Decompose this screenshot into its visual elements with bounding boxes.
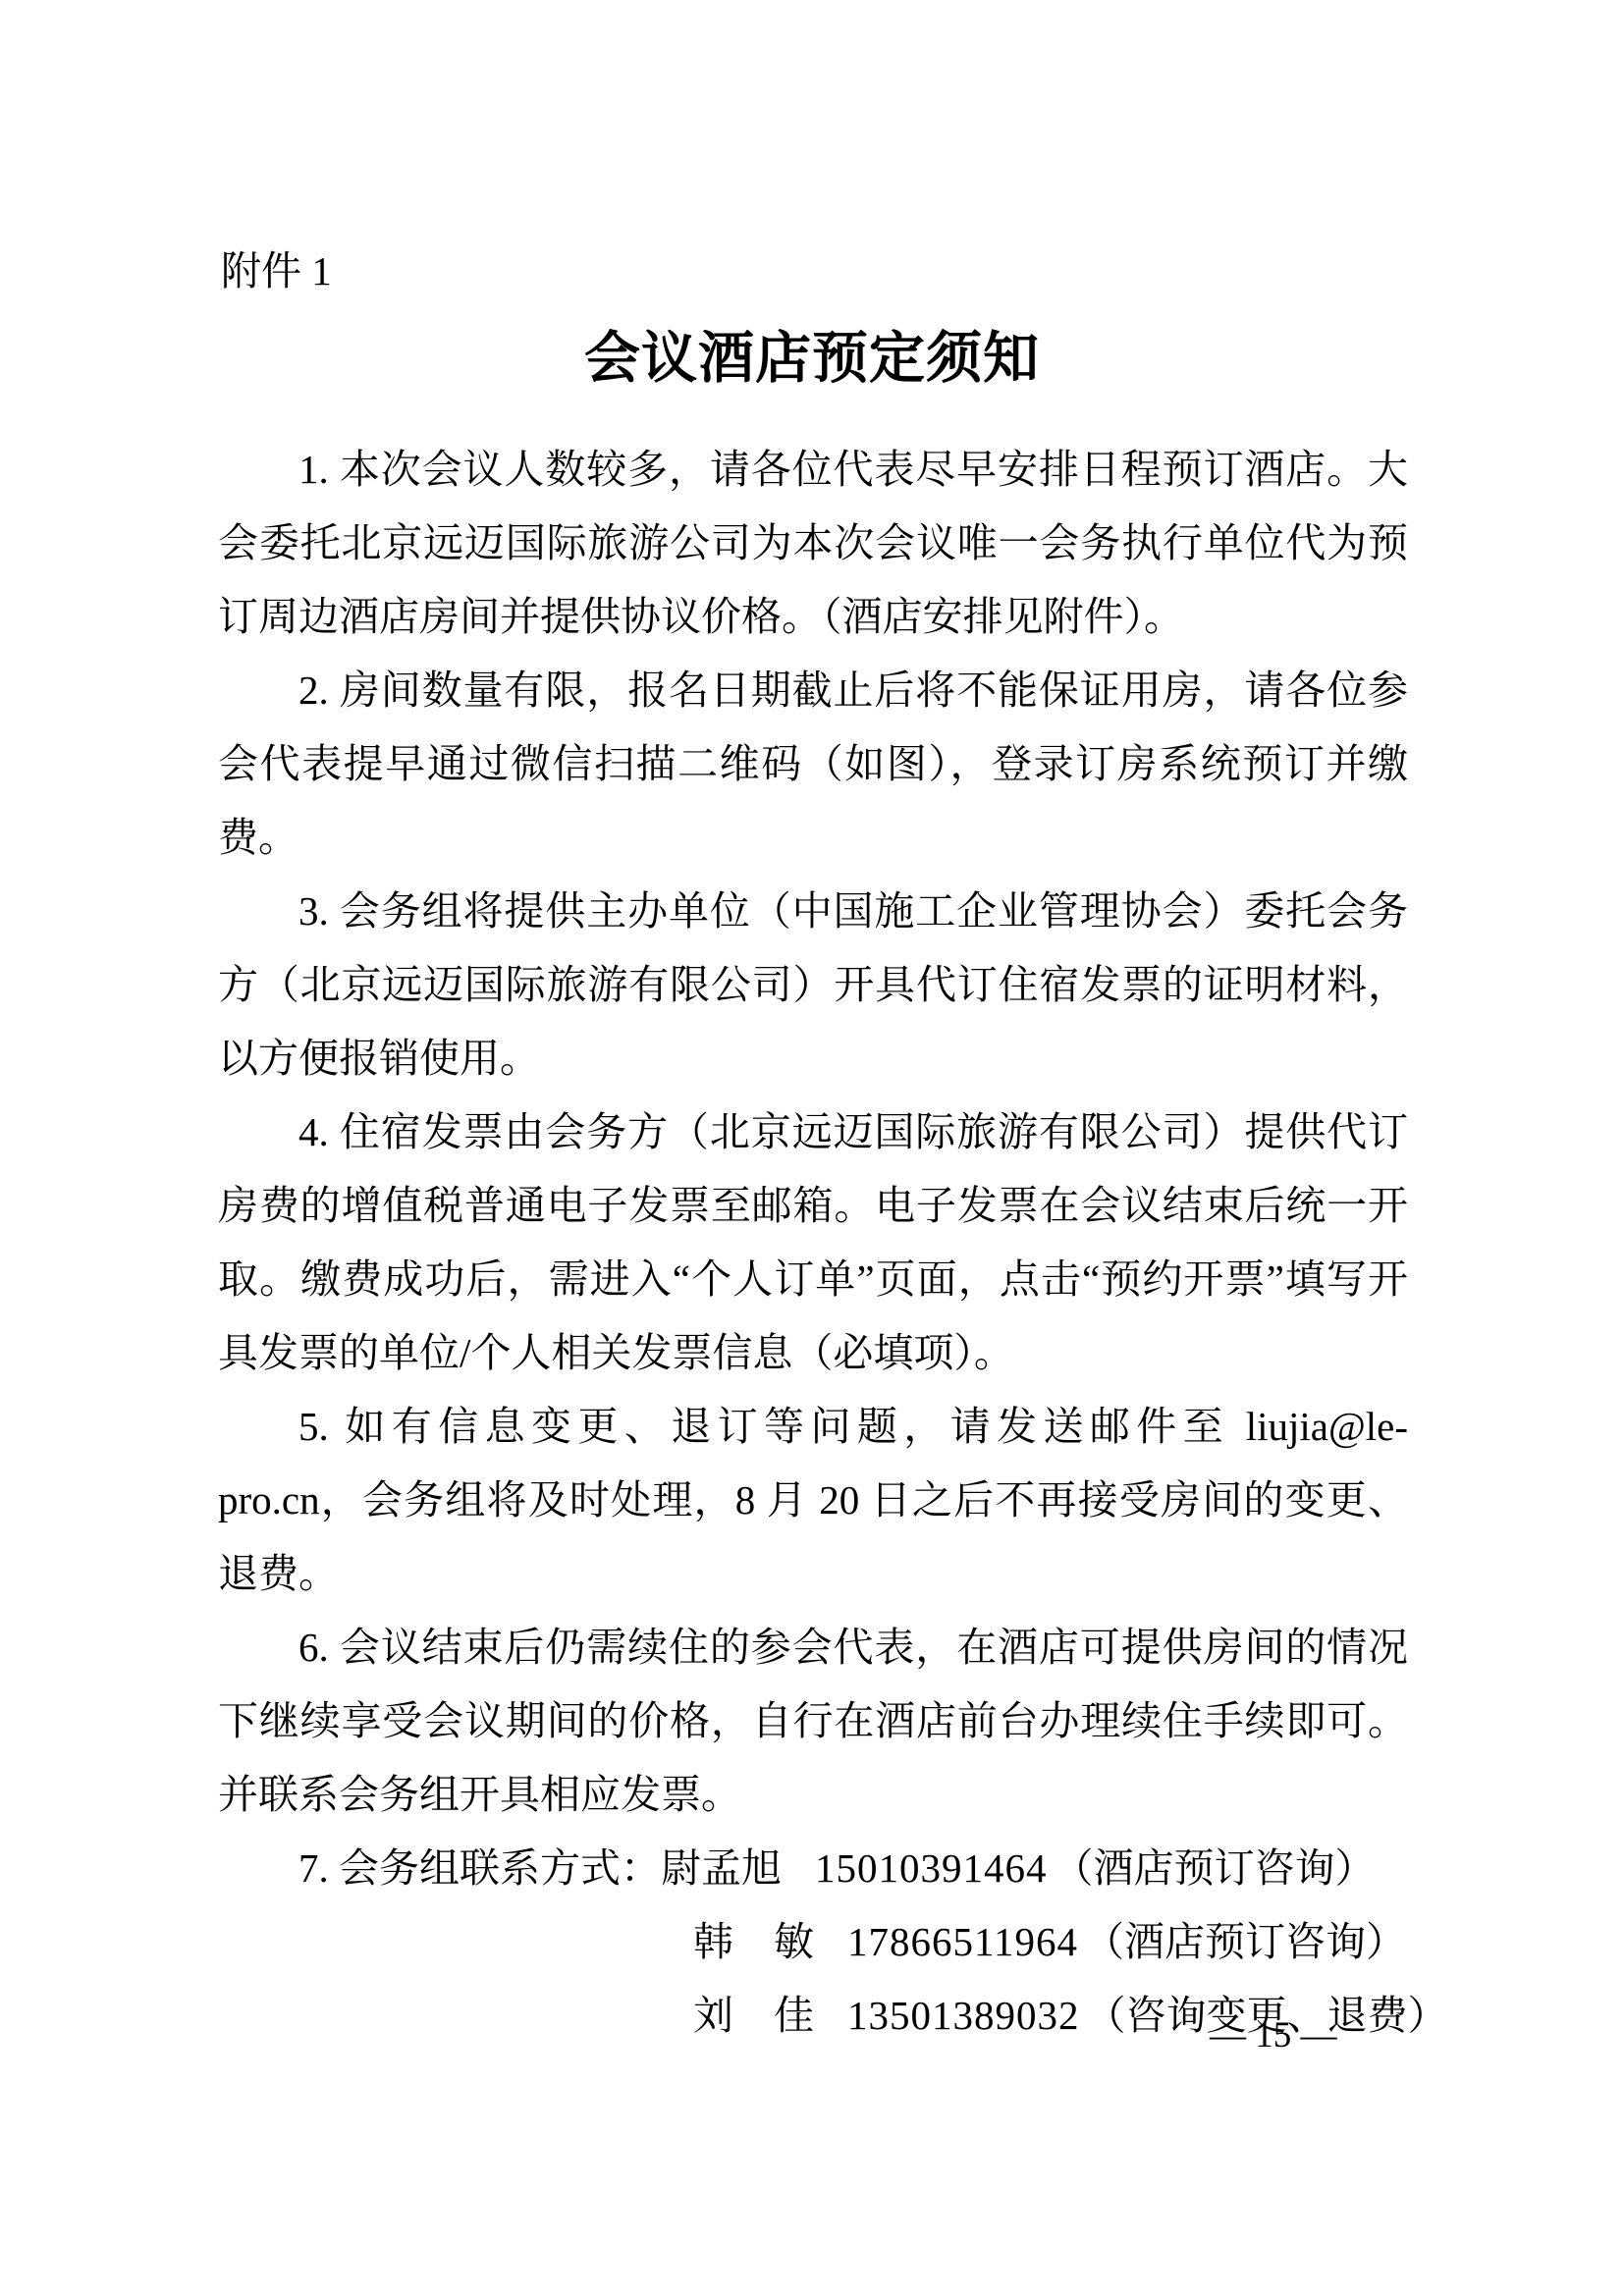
paragraph-3: 3. 会务组将提供主办单位（中国施工企业管理协会）委托会务方（北京远迈国际旅游有… bbox=[218, 875, 1408, 1095]
contact-phone: 13501389032 bbox=[847, 1993, 1080, 2038]
contact-row: 7. 会务组联系方式：尉孟旭15010391464（酒店预订咨询） bbox=[218, 1832, 1408, 1905]
paragraph-5: 5. 如有信息变更、退订等问题，请发送邮件至 liujia@le-pro.cn，… bbox=[218, 1390, 1408, 1611]
contact-name: 韩 敏 bbox=[693, 1919, 814, 1964]
paragraph-1: 1. 本次会议人数较多，请各位代表尽早安排日程预订酒店。大会委托北京远迈国际旅游… bbox=[218, 433, 1408, 654]
contact-note: （酒店预订咨询） bbox=[1054, 1845, 1376, 1891]
paragraph-2: 2. 房间数量有限，报名日期截止后将不能保证用房，请各位参会代表提早通过微信扫描… bbox=[218, 654, 1408, 875]
contact-intro: 7. 会务组联系方式： bbox=[298, 1845, 661, 1891]
contact-name: 尉孟旭 bbox=[661, 1845, 782, 1891]
contact-name: 刘 佳 bbox=[693, 1993, 814, 2038]
contact-phone: 17866511964 bbox=[847, 1919, 1078, 1964]
paragraph-4: 4. 住宿发票由会务方（北京远迈国际旅游有限公司）提供代订房费的增值税普通电子发… bbox=[218, 1095, 1408, 1390]
attachment-label: 附件 1 bbox=[221, 247, 332, 295]
contact-phone: 15010391464 bbox=[815, 1845, 1048, 1891]
contact-note: （酒店预订咨询） bbox=[1084, 1919, 1406, 1964]
paragraph-6: 6. 会议结束后仍需续住的参会代表，在酒店可提供房间的情况下继续享受会议期间的价… bbox=[218, 1611, 1408, 1832]
document-page: 附件 1 会议酒店预定须知 1. 本次会议人数较多，请各位代表尽早安排日程预订酒… bbox=[0, 0, 1624, 2296]
page-number: — 15 — bbox=[1210, 2014, 1337, 2057]
document-body: 1. 本次会议人数较多，请各位代表尽早安排日程预订酒店。大会委托北京远迈国际旅游… bbox=[218, 433, 1408, 2053]
contact-row: 韩 敏17866511964（酒店预订咨询） bbox=[218, 1905, 1408, 1979]
page-title: 会议酒店预定须知 bbox=[0, 326, 1624, 393]
